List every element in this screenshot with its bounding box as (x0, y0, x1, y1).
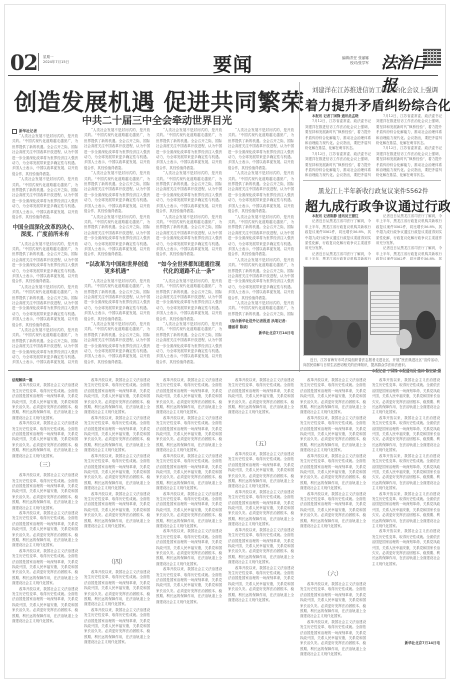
section-title: 要闻 (213, 50, 253, 77)
body-text: “人类社会发展不是封闭式的，是开放式的。”中国式现代化道路越走越宽广，为世界提供… (84, 322, 150, 364)
body-text: “人类社会发展不是封闭式的，是开放式的。”中国式现代化道路越走越宽广，为世界提供… (84, 215, 150, 258)
lead-dateline: 新华社北京7月14日电 (228, 330, 294, 336)
body-text: 改革开放以来，我国社会主义法治建设发生历史性变革、取得历史性成就。全面依法治国是… (156, 378, 222, 416)
right-mid-column-2: 记者近日从黑龙江省司法厅了解到，今年上半年，黑龙江省行政复议机构共新收行政复议案… (376, 214, 442, 260)
news-photo[interactable] (303, 266, 441, 356)
body-text: 改革开放以来，我国社会主义法治建设发生历史性变革、取得历史性成就。全面依法治国是… (12, 511, 78, 549)
body-text: “人类社会发展不是封闭式的，是开放式的。”中国式现代化道路越走越宽广，为世界提供… (84, 279, 150, 322)
lead-subtitle-1: 中国全面深化改革的决心、深度、广度前所未有 (12, 225, 78, 239)
body-text: “人类社会发展不是封闭式的，是开放式的。”中国式现代化道路越走越宽广，为世界提供… (12, 134, 78, 177)
body-text: 记者近日从黑龙江省司法厅了解到，今年上半年，黑龙江省行政复议机构共新收行政复议案… (305, 219, 371, 251)
issue-date: 2024年7月15日 (43, 60, 69, 65)
body-text: 改革开放以来，我国社会主义法治建设发生历史性变革、取得历史性成就。全面依法治国是… (12, 473, 78, 511)
right-top-column-1: 本报讯 记者丁国锋 通讯员孟晓7月12日，江苏省委常委、政法委书记刘建洋在推进信… (305, 114, 371, 178)
body-text: 改革开放以来，我国社会主义法治建设发生历史性变革、取得历史性成就。全面依法治国是… (156, 416, 222, 454)
masthead: 02 星期一 2024年7月15日 要闻 编辑/责任 张丽娜 校对/张学军 法治… (8, 48, 438, 76)
body-text: 改革开放以来，我国社会主义法治建设发生历史性变革、取得历史性成就。全面依法治国是… (228, 566, 294, 604)
lower-column-2: 改革开放以来，我国社会主义法治建设发生历史性变革、取得历史性成就。全面依法治国是… (84, 378, 150, 668)
right-top-kicker: 刘建洋在江苏推进信访工作法治化会议上强调 (312, 85, 438, 94)
lead-column-3: “人类社会发展不是封闭式的，是开放式的。”中国式现代化道路越走越宽广，为世界提供… (156, 128, 222, 364)
lead-column-4: “人类社会发展不是封闭式的，是开放式的。”中国式现代化道路越走越宽广，为世界提供… (228, 128, 294, 364)
body-text: 改革开放以来，我国社会主义法治建设发生历史性变革、取得历史性成就。全面依法治国是… (156, 454, 222, 492)
proofreader-line: 校对/张学军 (342, 61, 369, 66)
lower-dateline: 新华社北京7月14日电 (372, 640, 440, 646)
lead-column-1: 新华社记者 “人类社会发展不是封闭式的，是开放式的。”中国式现代化道路越走越宽广… (12, 128, 78, 364)
body-text: 改革开放以来，我国社会主义法治建设发生历史性变革、取得历史性成就。全面依法治国是… (228, 528, 294, 566)
body-text: 7月12日，江苏省委常委、政法委书记刘建洋在推进信访工作法治化会议上强调，要坚持… (305, 119, 371, 151)
editors-credit: 编辑/责任 张丽娜 校对/张学军 (342, 56, 369, 66)
column-divider (299, 82, 300, 372)
body-text: 改革开放以来，我国社会主义法治建设发生历史性变革、取得历史性成就。全面依法治国是… (372, 529, 440, 567)
body-text: 改革开放以来，我国社会主义法治建设发生历史性变革、取得历史性成就。全面依法治国是… (300, 582, 366, 620)
body-text: “人类社会发展不是封闭式的，是开放式的。”中国式现代化道路越走越宽广，为世界提供… (12, 242, 78, 285)
body-text: “人类社会发展不是封闭式的，是开放式的。”中国式现代化道路越走越宽广，为世界提供… (228, 171, 294, 214)
body-text: 7月12日，江苏省委常委、政法委书记刘建洋在推进信访工作法治化会议上强调，要坚持… (305, 152, 371, 178)
right-mid-kicker: 黑龙江上半年新收行政复议案件5562件 (318, 186, 428, 195)
section-marker: （六） (300, 570, 366, 580)
body-text: 改革开放以来，我国社会主义法治建设发生历史性变革、取得历史性成就。全面依法治国是… (300, 492, 366, 530)
body-text: 改革开放以来，我国社会主义法治建设发生历史性变革、取得历史性成就。全面依法治国是… (12, 549, 78, 587)
body-text: “人类社会发展不是封闭式的，是开放式的。”中国式现代化道路越走越宽广，为世界提供… (228, 301, 294, 316)
lead-column-2: “人类社会发展不是封闭式的，是开放式的。”中国式现代化道路越走越宽广，为世界提供… (84, 128, 150, 364)
body-text: 改革开放以来，我国社会主义法治建设发生历史性变革、取得历史性成就。全面依法治国是… (84, 454, 150, 492)
lower-column-6: 改革开放以来，我国社会主义法治建设发生历史性变革、取得历史性成就。全面依法治国是… (372, 378, 440, 668)
body-text: 记者近日从黑龙江省司法厅了解到，今年上半年，黑龙江省行政复议机构共新收行政复议案… (376, 214, 442, 246)
section-marker: （四） (84, 558, 150, 568)
lead-subheadline: 中共二十届三中全会牵动世界目光 (82, 112, 232, 127)
body-text: 改革开放以来，我国社会主义法治建设发生历史性变革、取得历史性成就。全面依法治国是… (12, 421, 78, 459)
section-marker: （三） (12, 461, 78, 471)
body-text: “人类社会发展不是封闭式的，是开放式的。”中国式现代化道路越走越宽广，为世界提供… (12, 328, 78, 364)
body-text: 改革开放以来，我国社会主义法治建设发生历史性变革、取得历史性成就。全面依法治国是… (12, 383, 78, 421)
body-text: “人类社会发展不是封闭式的，是开放式的。”中国式现代化道路越走越宽广，为世界提供… (156, 171, 222, 214)
photo-caption: 近日，江苏省海安市司法局组织普法志愿者走进社区，开展“民法典进社区”宣传活动，向… (303, 358, 441, 374)
body-text: 改革开放以来，我国社会主义法治建设发生历史性变革、取得历史性成就。全面依法治国是… (372, 492, 440, 530)
page-number: 02 (10, 50, 37, 75)
lower-column-1: 法理解读一题改革开放以来，我国社会主义法治建设发生历史性变革、取得历史性成就。全… (12, 378, 78, 668)
body-text: “人类社会发展不是封闭式的，是开放式的。”中国式现代化道路越走越宽广，为世界提供… (228, 258, 294, 301)
right-top-headline[interactable]: 着力提升矛盾纠纷综合化解能力 (305, 95, 450, 114)
lower-column-3: 改革开放以来，我国社会主义法治建设发生历史性变革、取得历史性成就。全面依法治国是… (156, 378, 222, 668)
right-mid-column-1: 本报讯 记者陈静 通讯员王德红记者近日从黑龙江省司法厅了解到，今年上半年，黑龙江… (305, 214, 371, 260)
body-text: “人类社会发展不是封闭式的，是开放式的。”中国式现代化道路越走越宽广，为世界提供… (156, 322, 222, 364)
body-text: “人类社会发展不是封闭式的，是开放式的。”中国式现代化道路越走越宽广，为世界提供… (156, 128, 222, 171)
body-text: 改革开放以来，我国社会主义法治建设发生历史性变革、取得历史性成就。全面依法治国是… (300, 454, 366, 492)
body-text: 改革开放以来，我国社会主义法治建设发生历史性变革、取得历史性成就。全面依法治国是… (300, 620, 366, 658)
body-text: 改革开放以来，我国社会主义法治建设发生历史性变革、取得历史性成就。全面依法治国是… (84, 378, 150, 416)
right-mid-headline[interactable]: 超九成行政争议通过行政复议化解 (305, 196, 450, 215)
body-text: 7月12日，江苏省委常委、政法委书记刘建洋在推进信访工作法治化会议上强调，要坚持… (376, 114, 442, 146)
body-text: “人类社会发展不是封闭式的，是开放式的。”中国式现代化道路越走越宽广，为世界提供… (84, 171, 150, 214)
body-text: 记者近日从黑龙江省司法厅了解到，今年上半年，黑龙江省行政复议机构共新收行政复议案… (305, 252, 371, 260)
section-marker: （五） (228, 440, 294, 450)
body-text: “人类社会发展不是封闭式的，是开放式的。”中国式现代化道路越走越宽广，为世界提供… (84, 128, 150, 171)
lower-column-4: 改革开放以来，我国社会主义法治建设发生历史性变革、取得历史性成就。全面依法治国是… (228, 378, 294, 668)
page-number-divider (38, 53, 39, 71)
body-text: 改革开放以来，我国社会主义法治建设发生历史性变革、取得历史性成就。全面依法治国是… (156, 492, 222, 530)
body-text: 改革开放以来，我国社会主义法治建设发生历史性变革、取得历史性成就。全面依法治国是… (228, 490, 294, 528)
qr-code-icon[interactable] (423, 48, 441, 66)
body-text: 改革开放以来，我国社会主义法治建设发生历史性变革、取得历史性成就。全面依法治国是… (372, 454, 440, 492)
body-text: 改革开放以来，我国社会主义法治建设发生历史性变革、取得历史性成就。全面依法治国是… (12, 587, 78, 625)
body-text: 改革开放以来，我国社会主义法治建设发生历史性变革、取得历史性成就。全面依法治国是… (84, 492, 150, 530)
body-text: 改革开放以来，我国社会主义法治建设发生历史性变革、取得历史性成就。全面依法治国是… (372, 416, 440, 454)
lower-column-5: 改革开放以来，我国社会主义法治建设发生历史性变革、取得历史性成就。全面依法治国是… (300, 378, 366, 668)
body-text: 改革开放以来，我国社会主义法治建设发生历史性变革、取得历史性成就。全面依法治国是… (84, 608, 150, 646)
lead-subtitle-2: “以改革为中国和世界创造更多机遇” (84, 262, 150, 276)
body-text: 改革开放以来，我国社会主义法治建设发生历史性变革、取得历史性成就。全面依法治国是… (156, 567, 222, 605)
body-text: “人类社会发展不是封闭式的，是开放式的。”中国式现代化道路越走越宽广，为世界提供… (228, 128, 294, 171)
body-text: 改革开放以来，我国社会主义法治建设发生历史性变革、取得历史性成就。全面依法治国是… (300, 416, 366, 454)
body-text: “人类社会发展不是封闭式的，是开放式的。”中国式现代化道路越走越宽广，为世界提供… (12, 177, 78, 220)
section-divider (8, 370, 440, 371)
body-text: “人类社会发展不是封闭式的，是开放式的。”中国式现代化道路越走越宽广，为世界提供… (12, 285, 78, 328)
body-text: 改革开放以来，我国社会主义法治建设发生历史性变革、取得历史性成就。全面依法治国是… (84, 416, 150, 454)
body-text: 记者近日从黑龙江省司法厅了解到，今年上半年，黑龙江省行政复议机构共新收行政复议案… (376, 246, 442, 260)
caption-text: 近日，江苏省海安市司法局组织普法志愿者走进社区，开展“民法典进社区”宣传活动，向… (303, 358, 441, 368)
body-text: 7月12日，江苏省委常委、政法委书记刘建洋在推进信访工作法治化会议上强调，要坚持… (376, 146, 442, 178)
body-text: 改革开放以来，我国社会主义法治建设发生历史性变革、取得历史性成就。全面依法治国是… (156, 529, 222, 567)
date-block: 星期一 2024年7月15日 (43, 55, 69, 65)
photo-display-board (370, 291, 400, 335)
body-text: “人类社会发展不是封闭式的，是开放式的。”中国式现代化道路越走越宽广，为世界提供… (156, 215, 222, 258)
body-text: “人类社会发展不是封闭式的，是开放式的。”中国式现代化道路越走越宽广，为世界提供… (228, 215, 294, 258)
body-text: 改革开放以来，我国社会主义法治建设发生历史性变革、取得历史性成就。全面依法治国是… (84, 570, 150, 608)
body-text: “人类社会发展不是封闭式的，是开放式的。”中国式现代化道路越走越宽广，为世界提供… (156, 279, 222, 322)
body-text: 改革开放以来，我国社会主义法治建设发生历史性变革、取得历史性成就。全面依法治国是… (228, 378, 294, 416)
body-text: 改革开放以来，我国社会主义法治建设发生历史性变革、取得历史性成就。全面依法治国是… (300, 378, 366, 416)
body-text: 改革开放以来，我国社会主义法治建设发生历史性变革、取得历史性成就。全面依法治国是… (228, 452, 294, 490)
lead-subtitle-3: “如今全世界都知道通往现代化的道路不止一条” (156, 262, 222, 276)
article-divider (303, 180, 441, 181)
body-text: 改革开放以来，我国社会主义法治建设发生历史性变革、取得历史性成就。全面依法治国是… (372, 378, 440, 416)
right-top-column-2: 7月12日，江苏省委常委、政法委书记刘建洋在推进信访工作法治化会议上强调，要坚持… (376, 114, 442, 178)
